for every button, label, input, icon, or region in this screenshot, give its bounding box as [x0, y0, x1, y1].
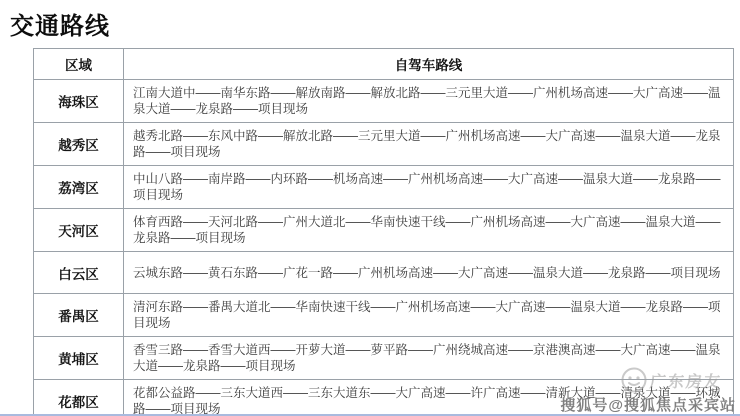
table-row: 花都区 花都公益路——三东大道西——三东大道东——大广高速——许广高速——清新大… [34, 380, 734, 416]
route-cell: 中山八路——南岸路——内环路——机场高速——广州机场高速——大广高速——温泉大道… [124, 166, 734, 209]
table-row: 海珠区 江南大道中——南华东路——解放南路——解放北路——三元里大道——广州机场… [34, 80, 734, 123]
region-cell: 黄埔区 [34, 337, 124, 380]
route-cell: 体育西路——天河北路——广州大道北——华南快速干线——广州机场高速——大广高速—… [124, 209, 734, 252]
region-cell: 花都区 [34, 380, 124, 416]
region-cell: 越秀区 [34, 123, 124, 166]
region-cell: 荔湾区 [34, 166, 124, 209]
table-row: 白云区 云城东路——黄石东路——广花一路——广州机场高速——大广高速——温泉大道… [34, 252, 734, 294]
region-cell: 海珠区 [34, 80, 124, 123]
route-cell: 江南大道中——南华东路——解放南路——解放北路——三元里大道——广州机场高速——… [124, 80, 734, 123]
table-row: 越秀区 越秀北路——东风中路——解放北路——三元里大道——广州机场高速——大广高… [34, 123, 734, 166]
table-row: 荔湾区 中山八路——南岸路——内环路——机场高速——广州机场高速——大广高速——… [34, 166, 734, 209]
route-cell: 花都公益路——三东大道西——三东大道东——大广高速——许广高速——清新大道——清… [124, 380, 734, 416]
column-header-region: 区域 [34, 49, 124, 80]
column-header-route: 自驾车路线 [124, 49, 734, 80]
table-header-row: 区域 自驾车路线 [34, 49, 734, 80]
table-row: 黄埔区 香雪三路——香雪大道西——开萝大道——萝平路——广州绕城高速——京港澳高… [34, 337, 734, 380]
region-cell: 番禺区 [34, 294, 124, 337]
region-cell: 天河区 [34, 209, 124, 252]
table-row: 番禺区 清河东路——番禺大道北——华南快速干线——广州机场高速——大广高速——温… [34, 294, 734, 337]
table-row: 天河区 体育西路——天河北路——广州大道北——华南快速干线——广州机场高速——大… [34, 209, 734, 252]
route-cell: 云城东路——黄石东路——广花一路——广州机场高速——大广高速——温泉大道——龙泉… [124, 252, 734, 294]
routes-table: 区域 自驾车路线 海珠区 江南大道中——南华东路——解放南路——解放北路——三元… [33, 48, 734, 416]
region-cell: 白云区 [34, 252, 124, 294]
route-cell: 越秀北路——东风中路——解放北路——三元里大道——广州机场高速——大广高速——温… [124, 123, 734, 166]
route-cell: 香雪三路——香雪大道西——开萝大道——萝平路——广州绕城高速——京港澳高速——大… [124, 337, 734, 380]
page-title: 交通路线 [10, 6, 740, 41]
article-page: 交通路线 区域 自驾车路线 海珠区 江南大道中——南华东路——解放南路——解放北… [0, 0, 740, 416]
route-cell: 清河东路——番禺大道北——华南快速干线——广州机场高速——大广高速——温泉大道—… [124, 294, 734, 337]
